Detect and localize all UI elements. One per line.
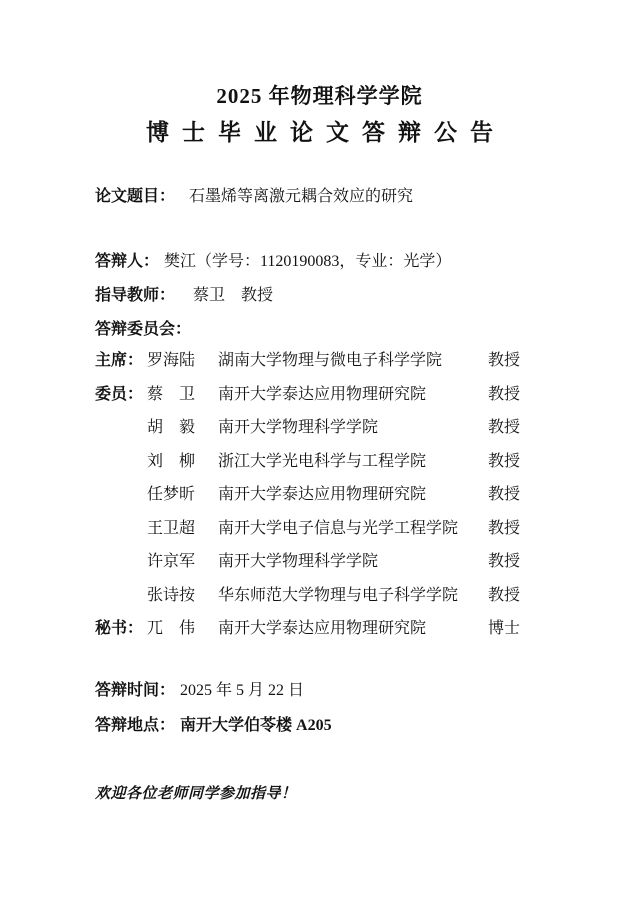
committee-row-member: 张诗按 华东师范大学物理与电子科学学院 教授 (95, 585, 528, 607)
committee-member-name: 任梦昕 (147, 484, 218, 506)
committee-member-title: 教授 (488, 585, 528, 607)
committee-role: 主席： (95, 350, 147, 372)
committee-row-member: 委员： 蔡 卫 南开大学泰达应用物理研究院 教授 (95, 384, 528, 406)
defense-place-label: 答辩地点： (95, 715, 175, 737)
document-body: 论文题目： 石墨烯等离激元耦合效应的研究 答辩人： 樊江（学号：11201900… (95, 186, 528, 805)
committee-role (95, 417, 147, 439)
committee-role: 委员： (95, 384, 147, 406)
defense-place-row: 答辩地点： 南开大学伯苓楼 A205 (95, 715, 528, 737)
committee-member-name: 刘 柳 (147, 451, 218, 473)
committee-member-affiliation: 浙江大学光电科学与工程学院 (218, 451, 488, 473)
committee-table: 主席： 罗海陆 湖南大学物理与微电子科学学院 教授 委员： 蔡 卫 南开大学泰达… (95, 350, 528, 640)
committee-role (95, 451, 147, 473)
committee-member-title: 教授 (488, 451, 528, 473)
committee-member-title: 博士 (488, 618, 528, 640)
committee-member-affiliation: 南开大学泰达应用物理研究院 (218, 618, 488, 640)
committee-row-member: 刘 柳 浙江大学光电科学与工程学院 教授 (95, 451, 528, 473)
committee-row-member: 任梦昕 南开大学泰达应用物理研究院 教授 (95, 484, 528, 506)
thesis-title-value: 石墨烯等离激元耦合效应的研究 (189, 186, 413, 208)
defense-time-row: 答辩时间： 2025 年 5 月 22 日 (95, 680, 528, 702)
committee-member-title: 教授 (488, 484, 528, 506)
committee-member-affiliation: 湖南大学物理与微电子科学学院 (218, 350, 488, 372)
thesis-title-row: 论文题目： 石墨烯等离激元耦合效应的研究 (95, 186, 528, 208)
defender-row: 答辩人： 樊江（学号：1120190083，专业：光学） (95, 251, 528, 273)
committee-row-member: 胡 毅 南开大学物理科学学院 教授 (95, 417, 528, 439)
advisor-value: 蔡卫 教授 (193, 285, 273, 307)
committee-member-affiliation: 南开大学物理科学学院 (218, 551, 488, 573)
committee-row-secretary: 秘书： 兀 伟 南开大学泰达应用物理研究院 博士 (95, 618, 528, 640)
committee-member-name: 兀 伟 (147, 618, 218, 640)
committee-member-name: 蔡 卫 (147, 384, 218, 406)
document-title-main: 博士毕业论文答辩公告 (0, 118, 639, 148)
committee-row-member: 许京军 南开大学物理科学学院 教授 (95, 551, 528, 573)
committee-member-affiliation: 南开大学电子信息与光学工程学院 (218, 518, 488, 540)
committee-heading: 答辩委员会： (95, 319, 528, 341)
committee-member-name: 胡 毅 (147, 417, 218, 439)
thesis-title-label: 论文题目： (95, 186, 175, 208)
committee-row-chair: 主席： 罗海陆 湖南大学物理与微电子科学学院 教授 (95, 350, 528, 372)
committee-member-title: 教授 (488, 551, 528, 573)
committee-role (95, 551, 147, 573)
committee-role (95, 518, 147, 540)
committee-role (95, 585, 147, 607)
committee-member-title: 教授 (488, 417, 528, 439)
committee-member-name: 张诗按 (147, 585, 218, 607)
committee-member-affiliation: 华东师范大学物理与电子科学学院 (218, 585, 488, 607)
committee-member-name: 王卫超 (147, 518, 218, 540)
advisor-label: 指导教师： (95, 285, 175, 307)
defender-value: 樊江（学号：1120190083，专业：光学） (164, 251, 451, 273)
committee-row-member: 王卫超 南开大学电子信息与光学工程学院 教授 (95, 518, 528, 540)
defense-place-value: 南开大学伯苓楼 A205 (180, 715, 332, 737)
committee-role: 秘书： (95, 618, 147, 640)
committee-member-name: 许京军 (147, 551, 218, 573)
committee-member-affiliation: 南开大学泰达应用物理研究院 (218, 484, 488, 506)
defense-time-label: 答辩时间： (95, 680, 175, 702)
committee-member-affiliation: 南开大学物理科学学院 (218, 417, 488, 439)
committee-member-title: 教授 (488, 350, 528, 372)
committee-member-title: 教授 (488, 518, 528, 540)
defense-time-value: 2025 年 5 月 22 日 (180, 680, 304, 702)
committee-member-affiliation: 南开大学泰达应用物理研究院 (218, 384, 488, 406)
welcome-note: 欢迎各位老师同学参加指导！ (95, 783, 528, 805)
document-page: 2025 年物理科学学院 博士毕业论文答辩公告 论文题目： 石墨烯等离激元耦合效… (0, 0, 639, 904)
committee-role (95, 484, 147, 506)
committee-member-title: 教授 (488, 384, 528, 406)
defender-label: 答辩人： (95, 251, 159, 273)
document-title-year: 2025 年物理科学学院 (0, 84, 639, 108)
committee-member-name: 罗海陆 (147, 350, 218, 372)
advisor-row: 指导教师： 蔡卫 教授 (95, 285, 528, 307)
